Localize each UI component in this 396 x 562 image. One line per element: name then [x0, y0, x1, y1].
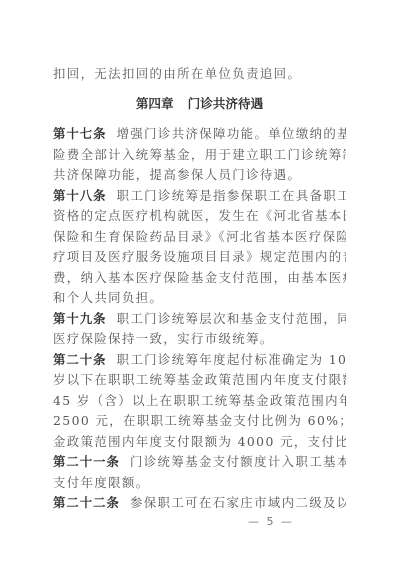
article-19-line-2: 医疗保险保持一致，实行市级统筹。	[53, 329, 346, 349]
article-17-line-3: 共济保障功能，提高参保人员门诊待遇。	[53, 165, 346, 185]
article-18-line-2: 资格的定点医疗机构就医，发生在《河北省基本医疗保险、工伤	[53, 206, 346, 226]
chapter-heading: 第四章门诊共济待遇	[53, 94, 346, 114]
chapter-number: 第四章	[136, 96, 174, 111]
article-20-line-2: 岁以下在职职工统筹基金政策范围内年度支付限额为 2000 元，	[53, 370, 346, 390]
article-18-line-5: 费，纳入基本医疗保险基金支付范围，由基本医疗保险统筹基金	[53, 268, 346, 288]
article-17-line-1: 第十七条增强门诊共济保障功能。单位缴纳的基本医疗保	[27, 124, 346, 144]
article-label: 第二十二条	[53, 495, 120, 510]
article-18-line-6: 和个人共同负担。	[53, 288, 346, 308]
article-label: 第十七条	[53, 126, 107, 141]
article-22-line-1: 第二十二条参保职工可在石家庄市域内二级及以上定点医	[27, 493, 346, 513]
article-20-line-3: 45 岁（含）以上在职职工统筹基金政策范围内年度支付限额为	[53, 391, 346, 411]
article-label: 第十九条	[53, 311, 107, 326]
article-19-line-1: 第十九条职工门诊统筹层次和基金支付范围，同职工基本	[27, 309, 346, 329]
article-21-line-1: 第二十一条门诊统筹基金支付额度计入职工基本医保基金	[27, 452, 346, 472]
article-21-line-2: 支付年度限额。	[53, 473, 346, 493]
chapter-title: 门诊共济待遇	[188, 96, 264, 111]
intro-line: 扣回，无法扣回的由所在单位负责追回。	[53, 64, 346, 84]
article-18-line-3: 保险和生育保险药品目录》《河北省基本医疗保险、生育保险诊	[53, 227, 346, 247]
article-18-line-4: 疗项目及医疗服务设施项目目录》规定范围内的普通病门诊医疗	[53, 247, 346, 267]
page-number: — 5 —	[248, 515, 294, 528]
article-20-line-1: 第二十条职工门诊统筹年度起付标准确定为 100 元，45	[27, 350, 346, 370]
article-label: 第二十条	[53, 352, 107, 367]
article-label: 第十八条	[53, 188, 107, 203]
article-17-line-2: 险费全部计入统筹基金，用于建立职工门诊统筹制度，增强门诊	[53, 145, 346, 165]
article-20-line-4: 2500 元，在职职工统筹基金支付比例为 60%；退休人员统筹基	[53, 411, 346, 431]
article-18-line-1: 第十八条职工门诊统筹是指参保职工在具备职工门诊统筹	[27, 186, 346, 206]
article-label: 第二十一条	[53, 454, 120, 469]
article-20-line-5: 金政策范围内年度支付限额为 4000 元，支付比例为 70%。	[53, 432, 346, 452]
